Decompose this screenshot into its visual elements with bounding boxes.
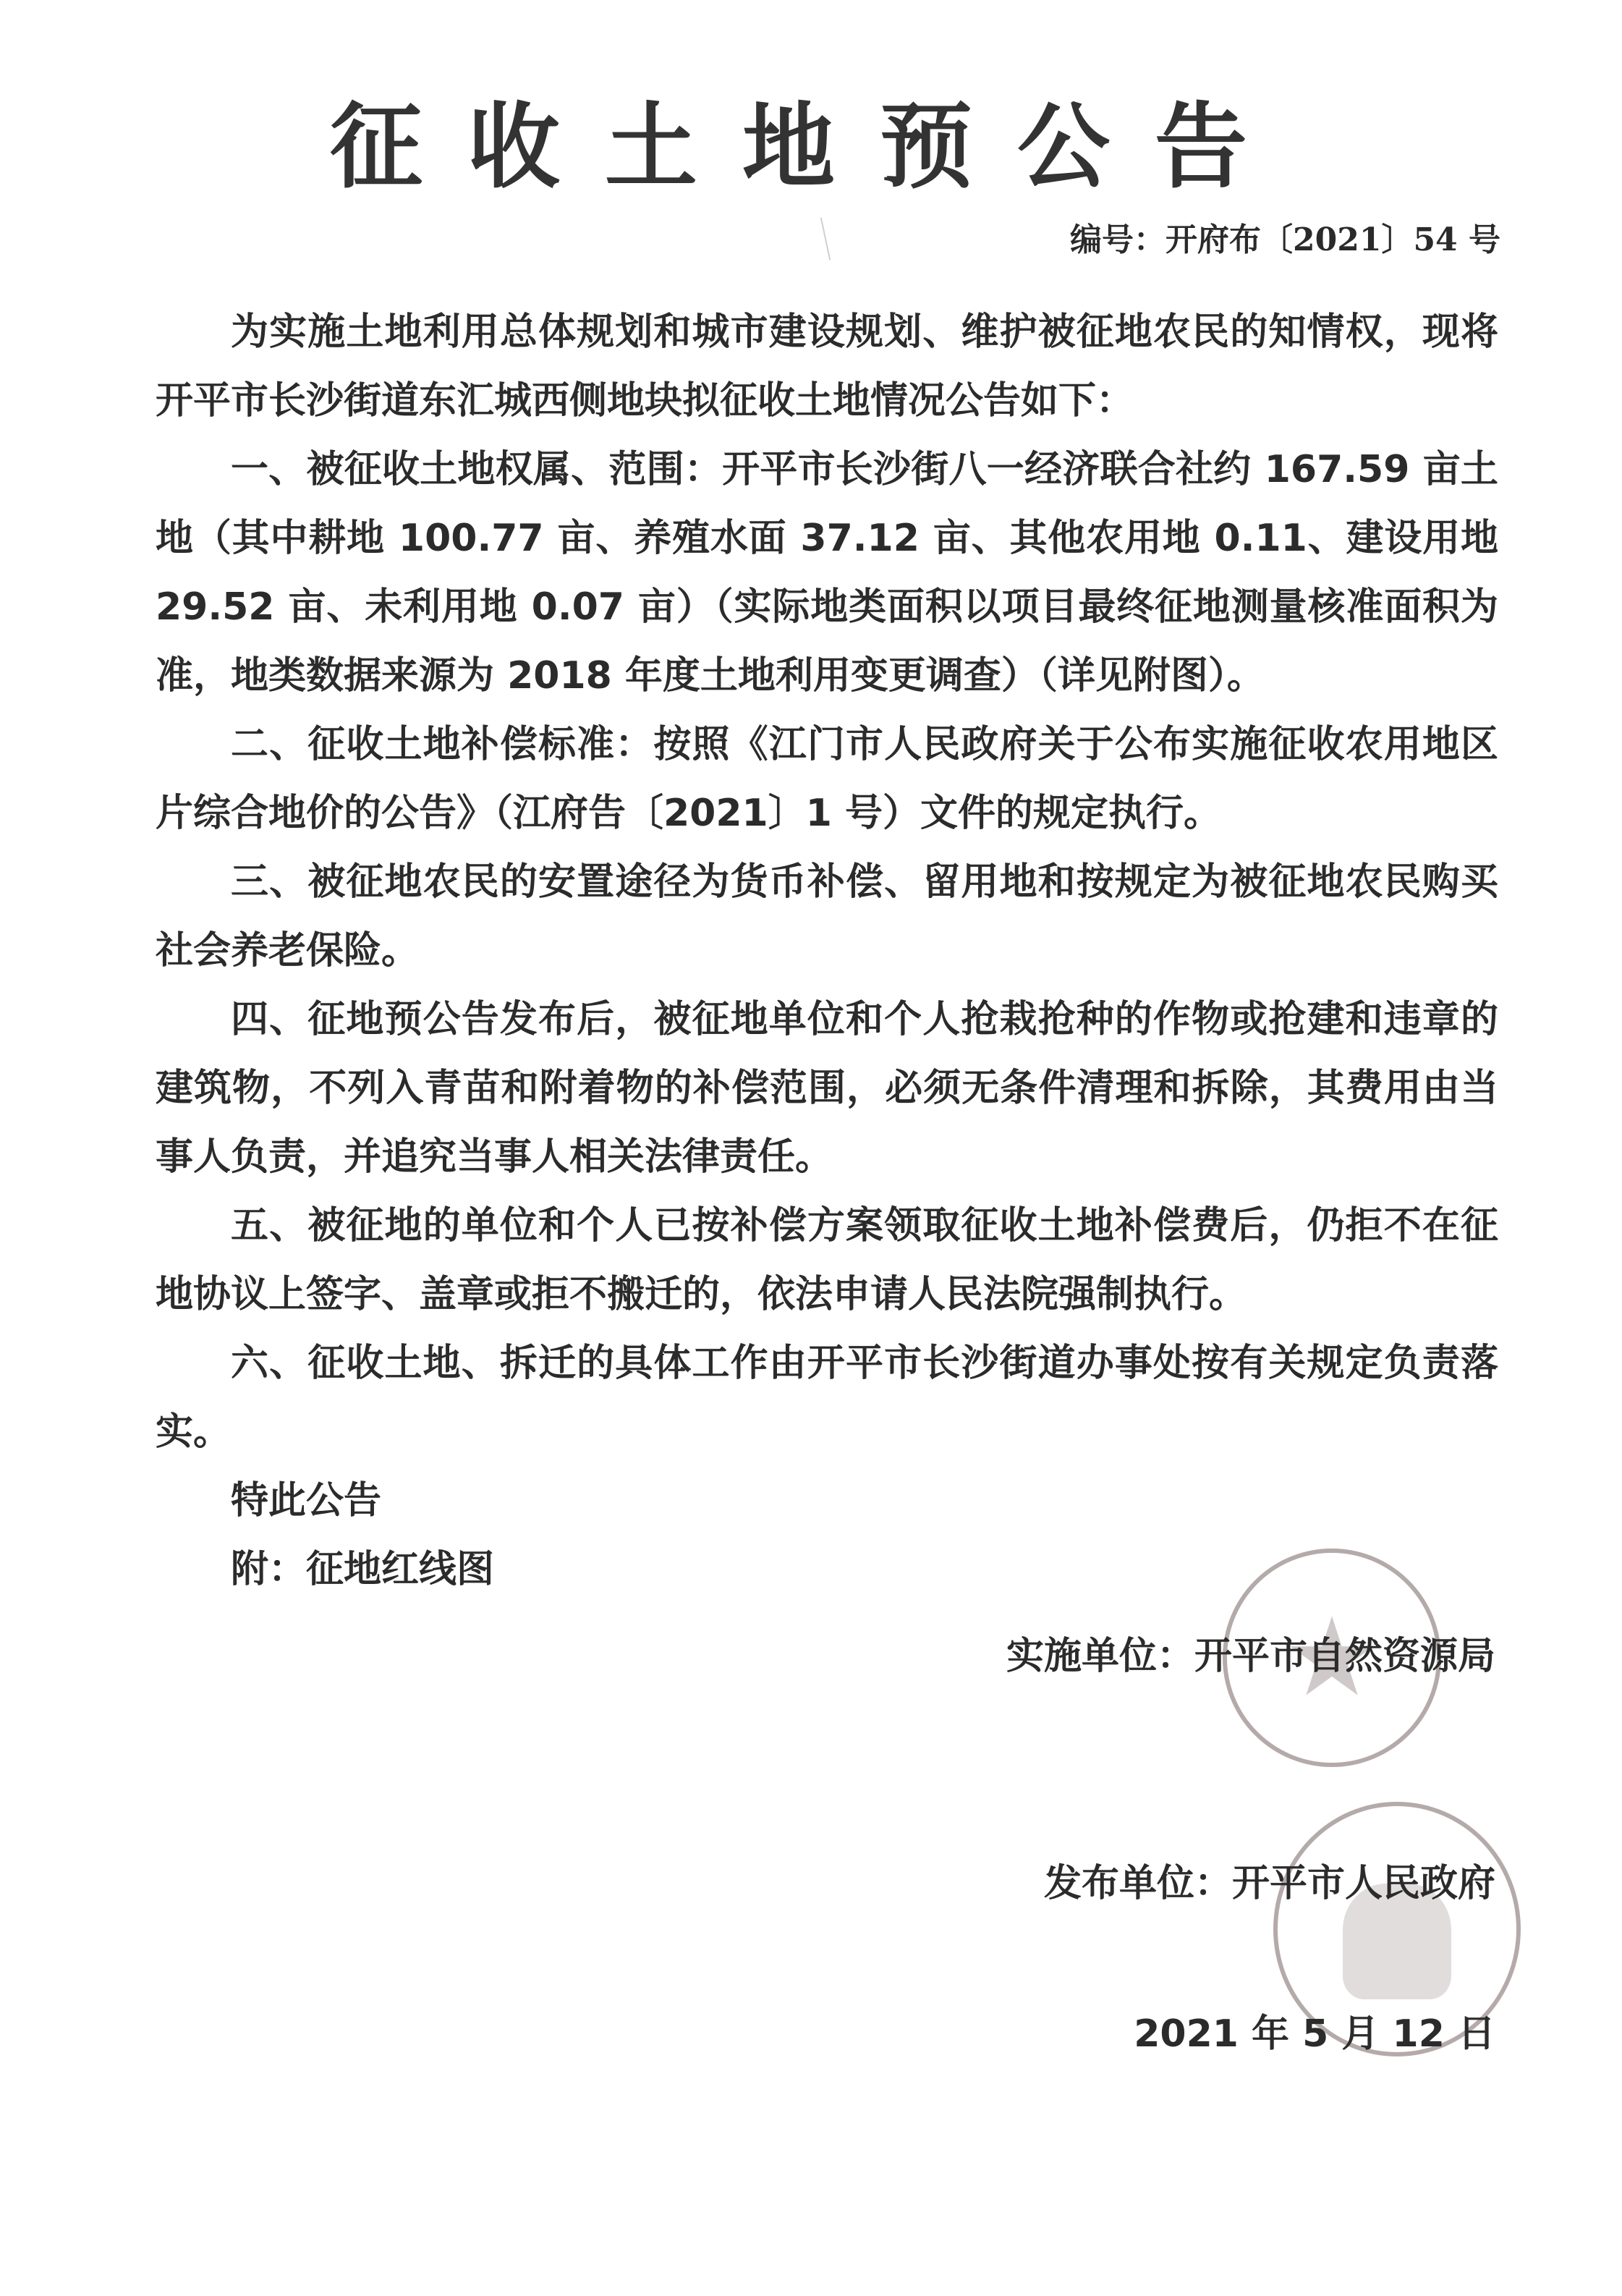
issuing-unit: 发布单位：开平市人民政府: [1044, 1852, 1495, 1907]
section-2-compensation-standard: 二、征收土地补偿标准：按照《江门市人民政府关于公布实施征收农用地区片综合地价的公…: [156, 711, 1498, 848]
document-title: 征收土地预公告: [0, 101, 1622, 194]
section-5-enforcement: 五、被征地的单位和个人已按补偿方案领取征收土地补偿费后，仍拒不在征地协议上签字、…: [156, 1192, 1498, 1329]
document-number: 编号：开府布〔2021〕54 号: [1070, 213, 1500, 260]
scan-artifact: [820, 217, 831, 260]
closing-statement: 特此公告: [156, 1467, 1498, 1535]
attachment-note: 附：征地红线图: [156, 1535, 1498, 1604]
section-4-prohibitions: 四、征地预公告发布后，被征地单位和个人抢栽抢种的作物或抢建和违章的建筑物，不列入…: [156, 986, 1498, 1192]
implementing-unit: 实施单位：开平市自然资源局: [1006, 1625, 1495, 1679]
section-6-implementation: 六、征收土地、拆迁的具体工作由开平市长沙街道办事处按有关规定负责落实。: [156, 1329, 1498, 1467]
intro-paragraph: 为实施土地利用总体规划和城市建设规划、维护被征地农民的知情权，现将开平市长沙街道…: [156, 298, 1498, 436]
section-1-land-scope: 一、被征收土地权属、范围：开平市长沙街八一经济联合社约 167.59 亩土地（其…: [156, 436, 1498, 711]
issue-date: 2021 年 5 月 12 日: [1134, 2003, 1495, 2057]
section-3-resettlement: 三、被征地农民的安置途径为货币补偿、留用地和按规定为被征地农民购买社会养老保险。: [156, 848, 1498, 986]
document-body: 为实施土地利用总体规划和城市建设规划、维护被征地农民的知情权，现将开平市长沙街道…: [156, 298, 1498, 1604]
